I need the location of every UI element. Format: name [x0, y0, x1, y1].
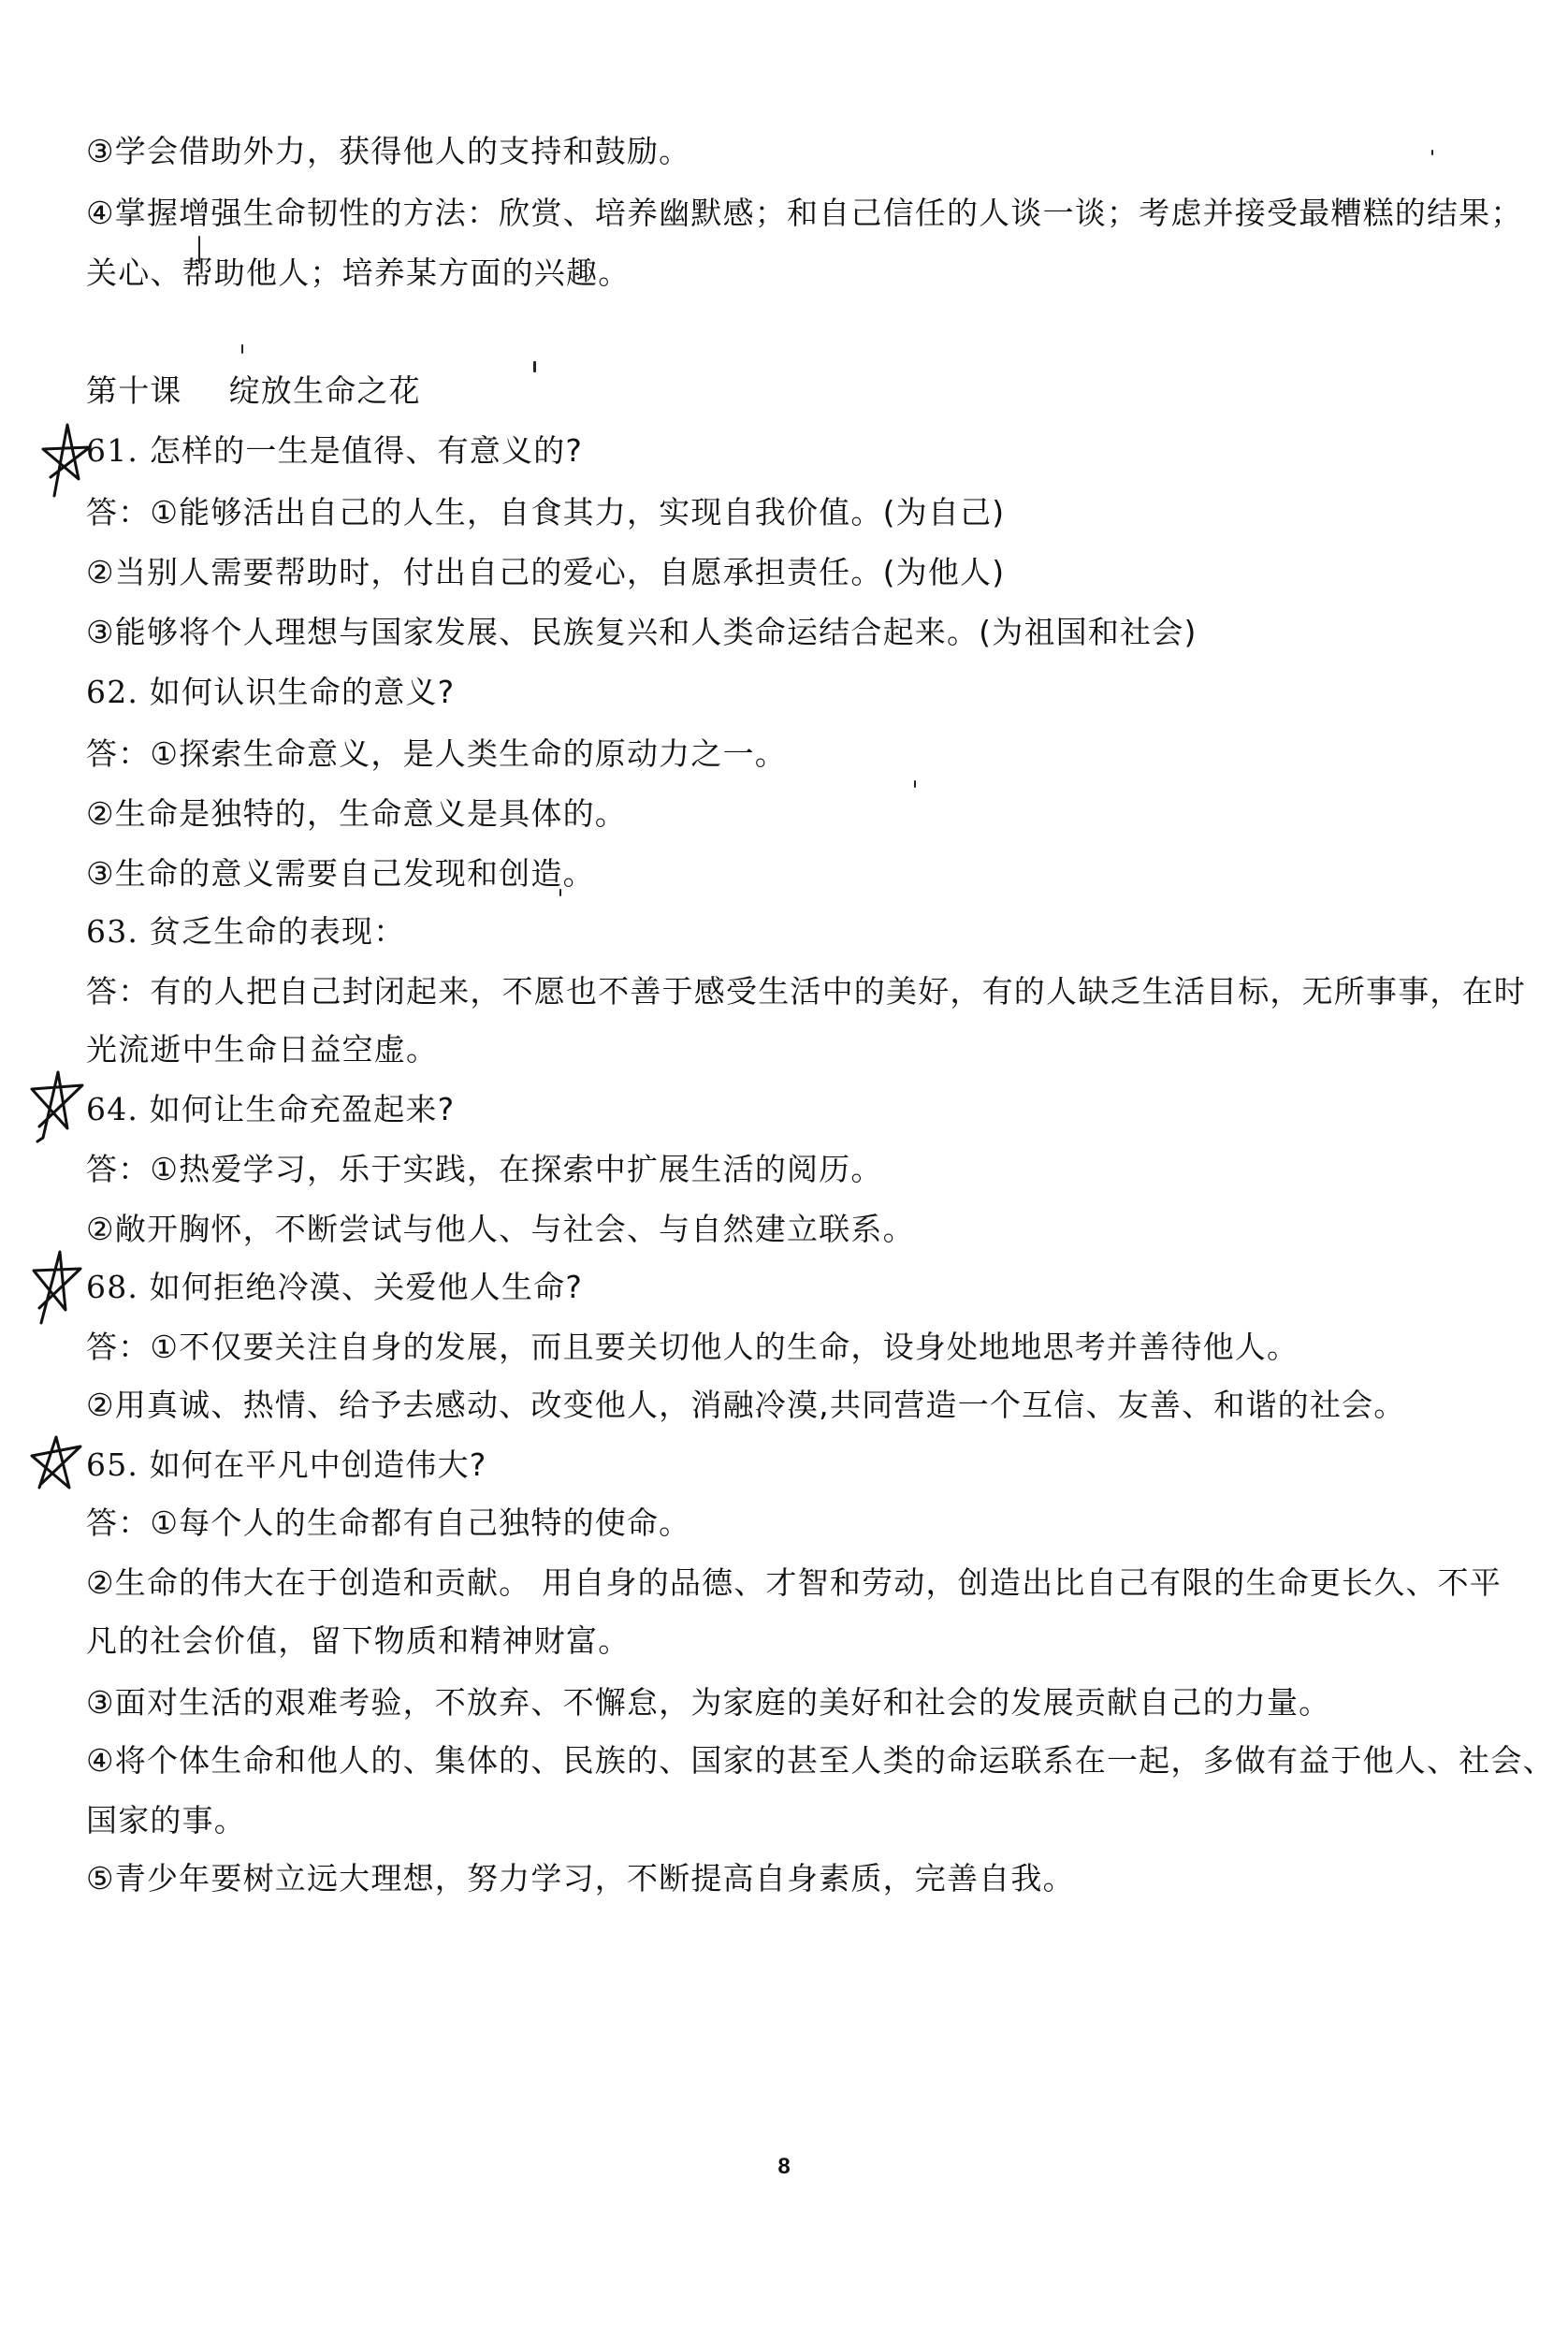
answer-line: ②用真诚、热情、给予去感动、改变他人，消融冷漠,共同营造一个互信、友善、和谐的社…	[86, 1387, 1405, 1424]
question-title: 怎样的一生是值得、有意义的?	[150, 432, 583, 469]
question-number: 63.	[86, 913, 138, 950]
question-62: 62. 如何认识生命的意义?	[86, 674, 455, 711]
question-64: 64. 如何让生命充盈起来?	[86, 1091, 455, 1128]
lesson-label: 第十课	[86, 372, 182, 409]
scan-speck	[533, 361, 536, 372]
answer-line: 答：①每个人的生命都有自己独特的使命。	[86, 1504, 690, 1542]
question-63: 63. 贫乏生命的表现：	[86, 913, 405, 951]
question-number: 61.	[86, 432, 138, 469]
pen-mark	[198, 236, 200, 264]
star-mark-icon	[28, 1070, 84, 1145]
question-68: 68. 如何拒绝冷漠、关爱他人生命?	[86, 1269, 583, 1306]
intro-item-4: ④掌握增强生命韧性的方法：欣赏、培养幽默感；和自己信任的人谈一谈；考虑并接受最糟…	[86, 195, 1489, 232]
question-number: 64.	[86, 1091, 138, 1127]
question-61: 61. 怎样的一生是值得、有意义的?	[86, 432, 583, 470]
scan-speck	[1431, 150, 1433, 155]
question-title: 贫乏生命的表现：	[150, 913, 406, 950]
answer-line: 答：有的人把自己封闭起来，不愿也不善于感受生活中的美好，有的人缺乏生活目标，无所…	[86, 973, 1489, 1010]
document-page: ③学会借助外力，获得他人的支持和鼓励。 ④掌握增强生命韧性的方法：欣赏、培养幽默…	[0, 0, 1568, 2340]
answer-line: 答：①能够活出自己的人生，自食其力，实现自我价值。(为自己)	[86, 494, 1005, 531]
scan-speck	[241, 344, 243, 354]
question-number: 65.	[86, 1446, 138, 1483]
star-mark-icon	[28, 1250, 84, 1325]
question-title: 如何认识生命的意义?	[150, 674, 456, 710]
lesson-heading: 第十课绽放生命之花	[86, 372, 421, 410]
question-title: 如何拒绝冷漠、关爱他人生命?	[150, 1269, 583, 1305]
question-title: 如何让生命充盈起来?	[150, 1091, 456, 1127]
answer-line: ⑤青少年要树立远大理想，努力学习，不断提高自身素质，完善自我。	[86, 1860, 1075, 1897]
intro-item-3: ③学会借助外力，获得他人的支持和鼓励。	[86, 133, 690, 170]
star-mark-icon	[28, 1435, 84, 1510]
question-title: 如何在平凡中创造伟大?	[150, 1446, 487, 1483]
scan-speck	[914, 780, 916, 788]
answer-line: 答：①探索生命意义，是人类生命的原动力之一。	[86, 735, 787, 773]
answer-line: ②当别人需要帮助时，付出自己的爱心，自愿承担责任。(为他人)	[86, 554, 1005, 591]
answer-line: ③生命的意义需要自己发现和创造。	[86, 855, 595, 893]
answer-line: 光流逝中生命日益空虚。	[86, 1031, 438, 1068]
answer-line: ②敞开胸怀，不断尝试与他人、与社会、与自然建立联系。	[86, 1211, 915, 1248]
answer-line: ③能够将个人理想与国家发展、民族复兴和人类命运结合起来。(为祖国和社会)	[86, 614, 1198, 651]
answer-line: 答：①不仅要关注自身的发展，而且要关切他人的生命，设身处地地思考并善待他人。	[86, 1329, 1299, 1366]
answer-line: 答：①热爱学习，乐于实践，在探索中扩展生活的阅历。	[86, 1151, 883, 1188]
answer-line: ④将个体生命和他人的、集体的、民族的、国家的甚至人类的命运联系在一起，多做有益于…	[86, 1742, 1489, 1780]
answer-line: 凡的社会价值，留下物质和精神财富。	[86, 1622, 630, 1660]
lesson-title: 绽放生命之花	[229, 372, 421, 409]
answer-line: ②生命是独特的，生命意义是具体的。	[86, 795, 627, 833]
question-number: 68.	[86, 1269, 138, 1305]
answer-line: ②生命的伟大在于创造和贡献。 用自身的品德、才智和劳动，创造出比自己有限的生命更…	[86, 1564, 1489, 1602]
question-65: 65. 如何在平凡中创造伟大?	[86, 1446, 487, 1484]
scan-speck	[559, 889, 561, 896]
intro-item-4-continued: 关心、帮助他人；培养某方面的兴趣。	[86, 254, 630, 292]
question-number: 62.	[86, 674, 138, 710]
page-number: 8	[0, 2154, 1568, 2180]
answer-line: ③面对生活的艰难考验，不放弃、不懈怠，为家庭的美好和社会的发展贡献自己的力量。	[86, 1684, 1330, 1722]
answer-line: 国家的事。	[86, 1802, 246, 1839]
